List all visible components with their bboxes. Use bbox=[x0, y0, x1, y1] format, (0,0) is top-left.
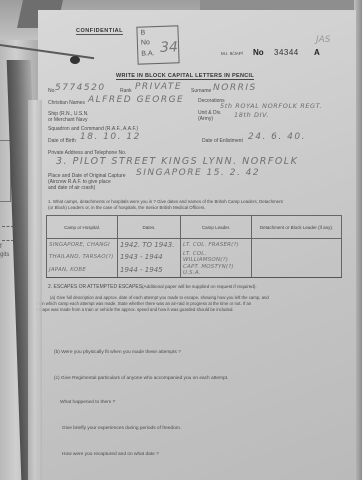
pin-head-icon bbox=[70, 56, 80, 64]
liberated-pow-questionnaire: CONFIDENTIAL B No B.A. 34 M.I. 9/JAP/ No… bbox=[38, 10, 356, 480]
dates-cell: 1943 - 1944 bbox=[118, 251, 181, 263]
question-1-line-2: (or Block) Leaders or, in the case of ho… bbox=[48, 205, 206, 210]
question-2a: (a) Give full description and approx. da… bbox=[50, 295, 269, 300]
camp-cell: SINGAPORE, CHANGI bbox=[47, 239, 118, 252]
question-2a-line-3: escape was made from a train or vehicle … bbox=[36, 307, 234, 312]
address-value: 3. PILOT STREET KINGS LYNN. NORFOLK bbox=[56, 156, 298, 167]
ba-stamp: B No B.A. 34 bbox=[136, 25, 179, 64]
stamp-line: B bbox=[140, 29, 145, 36]
unit-value-2: 18th DIV. bbox=[234, 111, 269, 119]
capture-value: SINGAPORE 15. 2. 42 bbox=[136, 168, 260, 178]
leader-cell: LT. COL. WILLIAMSON(?) bbox=[181, 251, 252, 263]
unit-value: 5th ROYAL NORFOLK REGT. bbox=[220, 102, 322, 110]
dob-value: 18. 10. 12 bbox=[80, 132, 141, 142]
pencil-annotation: JAS bbox=[316, 35, 331, 45]
christian-names-value: ALFRED GEORGE bbox=[88, 95, 184, 105]
army-no-value: 5774520 bbox=[55, 83, 106, 93]
ship-label-2: or Merchant Navy bbox=[48, 117, 87, 123]
rank-label: Rank bbox=[120, 88, 132, 94]
question-2c: (c) Give Regimental particulars of anyon… bbox=[54, 376, 228, 381]
surname-value: NORRIS bbox=[213, 83, 257, 93]
underlying-text-fragment: f bbox=[0, 244, 2, 250]
block-leader-cell bbox=[252, 263, 342, 278]
number-label: No bbox=[253, 48, 264, 57]
enlistment-label: Date of Enlistment bbox=[202, 138, 243, 144]
camp-cell: THAILAND, TARSAO(?) bbox=[47, 251, 118, 263]
series-letter: A bbox=[314, 48, 320, 57]
table-row: THAILAND, TARSAO(?) 1943 - 1944 LT. COL.… bbox=[47, 251, 342, 263]
camps-table: Camp or Hospital. Dates. Camp Leader. De… bbox=[46, 215, 342, 278]
column-header-dates: Dates. bbox=[118, 216, 181, 239]
stamp-line: B.A. bbox=[141, 50, 154, 57]
block-leader-cell bbox=[252, 251, 342, 263]
stamp-line: No bbox=[141, 39, 150, 46]
question-1: 1. What camps, detachments or hospitals … bbox=[48, 199, 283, 204]
column-header-block-leader: Detachment or Block Leader (if any). bbox=[252, 216, 342, 239]
question-2e: Give briefly your experiences during per… bbox=[62, 426, 181, 431]
christian-names-label: Christian Names bbox=[48, 100, 85, 106]
column-header-camp: Camp or Hospital. bbox=[47, 216, 118, 239]
surname-label: Surname bbox=[191, 88, 211, 94]
dates-cell: 1942. TO 1943. bbox=[118, 239, 181, 252]
table-row: SINGAPORE, CHANGI 1942. TO 1943. LT. COL… bbox=[47, 239, 342, 252]
leader-cell: LT. COL. FRASER(?) bbox=[181, 239, 252, 252]
unit-label-2: (Army) bbox=[198, 116, 213, 122]
stamp-number: 34 bbox=[160, 39, 178, 56]
page-fold-highlight bbox=[28, 100, 42, 480]
instruction-heading: WRITE IN BLOCK CAPITAL LETTERS IN PENCIL bbox=[116, 73, 254, 80]
table-row: JAPAN, KOBE 1944 - 1945 CAPT. MOSTYN(?) … bbox=[47, 263, 342, 278]
camp-cell: JAPAN, KOBE bbox=[47, 263, 118, 278]
capture-label-3: and date of air crash) bbox=[48, 185, 95, 191]
classification-label: CONFIDENTIAL bbox=[76, 28, 123, 35]
block-leader-cell bbox=[252, 239, 342, 252]
escapes-note: (Additional paper will be supplied on re… bbox=[142, 284, 257, 289]
leader-cell: CAPT. MOSTYN(?) U.S.A. bbox=[181, 263, 252, 278]
escapes-heading: 2. ESCAPES OR ATTEMPTED ESCAPES. bbox=[48, 284, 144, 290]
question-2a-line-2: from which camp each attempt was made. S… bbox=[36, 301, 251, 306]
enlistment-value: 24. 6. 40. bbox=[248, 132, 306, 142]
underlying-text-fragment: gits bbox=[0, 252, 9, 258]
reference-label: M.I. 9/JAP/ bbox=[221, 51, 243, 56]
serial-number: 34344 bbox=[274, 48, 299, 57]
dob-label: Date of Birth bbox=[48, 138, 76, 144]
rank-value: PRIVATE bbox=[135, 82, 182, 92]
question-2b: (b) Were you physically fit when you mad… bbox=[54, 350, 181, 355]
column-header-camp-leader: Camp Leader. bbox=[181, 216, 252, 239]
question-2f: How were you recaptured and on what date… bbox=[62, 452, 159, 457]
dates-cell: 1944 - 1945 bbox=[118, 263, 181, 278]
question-2d: What happened to them ? bbox=[60, 400, 115, 405]
